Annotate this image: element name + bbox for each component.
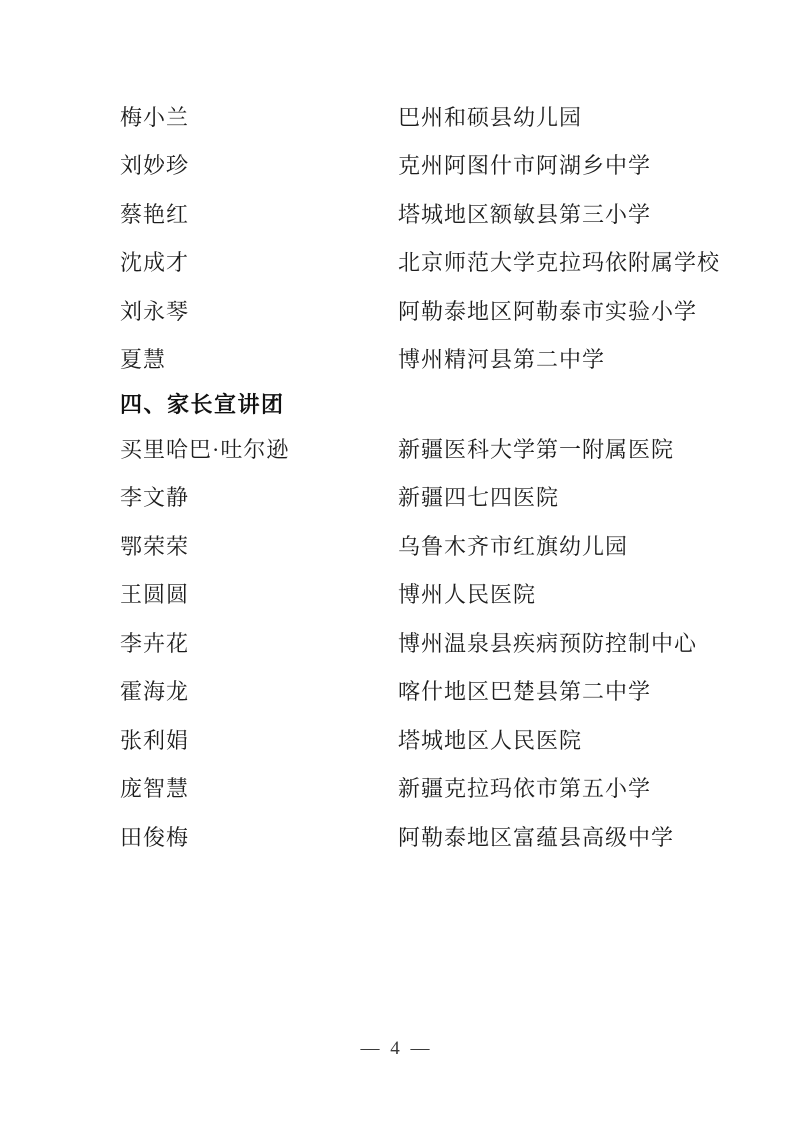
person-name: 梅小兰 xyxy=(120,101,398,132)
organization-name: 克州阿图什市阿湖乡中学 xyxy=(398,149,743,180)
table-row: 田俊梅阿勒泰地区富蕴县高级中学 xyxy=(120,812,743,861)
organization-name: 博州精河县第二中学 xyxy=(398,343,743,374)
person-name: 蔡艳红 xyxy=(120,198,398,229)
organization-name: 新疆医科大学第一附属医院 xyxy=(398,433,743,464)
table-row: 张利娟塔城地区人民医院 xyxy=(120,715,743,764)
table-row: 霍海龙喀什地区巴楚县第二中学 xyxy=(120,667,743,716)
table-row: 鄂荣荣乌鲁木齐市红旗幼儿园 xyxy=(120,521,743,570)
organization-name: 博州人民医院 xyxy=(398,578,743,609)
organization-name: 博州温泉县疾病预防控制中心 xyxy=(398,627,743,658)
person-name: 鄂荣荣 xyxy=(120,530,398,561)
organization-name: 阿勒泰地区富蕴县高级中学 xyxy=(398,821,743,852)
table-row: 买里哈巴·吐尔逊新疆医科大学第一附属医院 xyxy=(120,424,743,473)
person-name: 刘妙珍 xyxy=(120,149,398,180)
person-name: 庞智慧 xyxy=(120,772,398,803)
section-heading: 四、家长宣讲团 xyxy=(120,383,743,424)
person-name: 夏慧 xyxy=(120,343,398,374)
organization-name: 塔城地区额敏县第三小学 xyxy=(398,198,743,229)
person-name: 刘永琴 xyxy=(120,295,398,326)
table-row: 夏慧博州精河县第二中学 xyxy=(120,335,743,384)
person-name: 沈成才 xyxy=(120,246,398,277)
table-row: 李卉花博州温泉县疾病预防控制中心 xyxy=(120,618,743,667)
table-row: 刘妙珍克州阿图什市阿湖乡中学 xyxy=(120,141,743,190)
organization-name: 阿勒泰地区阿勒泰市实验小学 xyxy=(398,295,743,326)
table-row: 刘永琴阿勒泰地区阿勒泰市实验小学 xyxy=(120,286,743,335)
organization-name: 巴州和硕县幼儿园 xyxy=(398,101,743,132)
organization-name: 新疆克拉玛依市第五小学 xyxy=(398,772,743,803)
page-number: — 4 — xyxy=(0,1038,793,1060)
table-row: 王圆圆博州人民医院 xyxy=(120,570,743,619)
person-name: 王圆圆 xyxy=(120,578,398,609)
document-page: 梅小兰巴州和硕县幼儿园刘妙珍克州阿图什市阿湖乡中学蔡艳红塔城地区额敏县第三小学沈… xyxy=(0,0,793,1122)
organization-name: 喀什地区巴楚县第二中学 xyxy=(398,675,743,706)
organization-name: 塔城地区人民医院 xyxy=(398,724,743,755)
table-row: 蔡艳红塔城地区额敏县第三小学 xyxy=(120,189,743,238)
person-name: 田俊梅 xyxy=(120,821,398,852)
table-row: 沈成才北京师范大学克拉玛依附属学校 xyxy=(120,238,743,287)
roster-list: 梅小兰巴州和硕县幼儿园刘妙珍克州阿图什市阿湖乡中学蔡艳红塔城地区额敏县第三小学沈… xyxy=(120,92,743,861)
person-name: 李文静 xyxy=(120,481,398,512)
person-name: 霍海龙 xyxy=(120,675,398,706)
organization-name: 新疆四七四医院 xyxy=(398,481,743,512)
table-row: 梅小兰巴州和硕县幼儿园 xyxy=(120,92,743,141)
person-name: 张利娟 xyxy=(120,724,398,755)
organization-name: 乌鲁木齐市红旗幼儿园 xyxy=(398,530,743,561)
organization-name: 北京师范大学克拉玛依附属学校 xyxy=(398,246,743,277)
person-name: 买里哈巴·吐尔逊 xyxy=(120,433,398,464)
person-name: 李卉花 xyxy=(120,627,398,658)
table-row: 庞智慧新疆克拉玛依市第五小学 xyxy=(120,764,743,813)
table-row: 李文静新疆四七四医院 xyxy=(120,473,743,522)
